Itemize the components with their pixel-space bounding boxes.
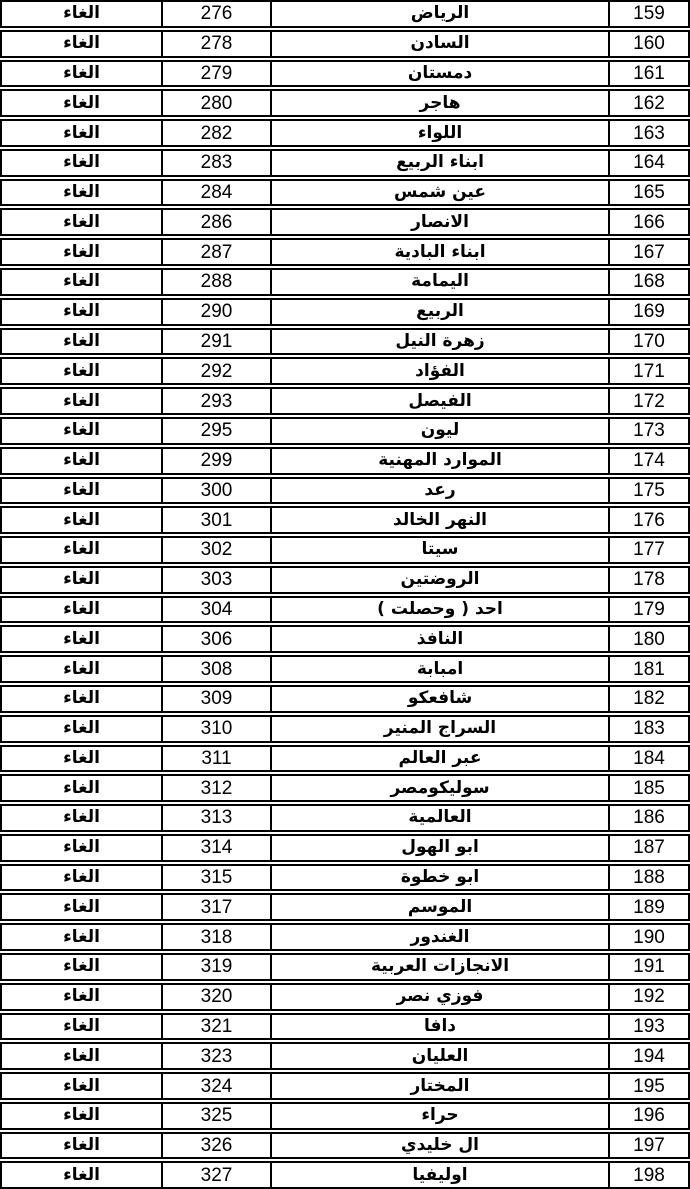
number-cell: 284 [161, 181, 270, 205]
name-cell: ابو خطوة [270, 866, 608, 890]
seq-cell: 197 [608, 1134, 688, 1158]
table-row: الغاء 280 هاجر 162 [0, 89, 690, 117]
seq-cell: 194 [608, 1044, 688, 1068]
name-cell: الغندور [270, 925, 608, 949]
number-cell: 299 [161, 449, 270, 473]
name-cell: العليان [270, 1044, 608, 1068]
status-cell: الغاء [2, 657, 161, 681]
table-row: الغاء 313 العالمية 186 [0, 804, 690, 832]
table-row: الغاء 290 الربيع 169 [0, 298, 690, 326]
seq-cell: 159 [608, 2, 688, 26]
seq-cell: 181 [608, 657, 688, 681]
seq-cell: 170 [608, 330, 688, 354]
table-row: الغاء 320 فوزي نصر 192 [0, 983, 690, 1011]
seq-cell: 180 [608, 627, 688, 651]
seq-cell: 160 [608, 32, 688, 56]
table-row: الغاء 327 اوليفيا 198 [0, 1161, 690, 1189]
name-cell: العالمية [270, 806, 608, 830]
number-cell: 318 [161, 925, 270, 949]
number-cell: 288 [161, 270, 270, 294]
name-cell: السراج المنير [270, 717, 608, 741]
status-cell: الغاء [2, 32, 161, 56]
status-cell: الغاء [2, 955, 161, 979]
seq-cell: 177 [608, 538, 688, 562]
status-cell: الغاء [2, 836, 161, 860]
number-cell: 317 [161, 895, 270, 919]
number-cell: 323 [161, 1044, 270, 1068]
number-cell: 320 [161, 985, 270, 1009]
table-row: الغاء 283 ابناء الربيع 164 [0, 149, 690, 177]
seq-cell: 164 [608, 151, 688, 175]
table-row: الغاء 278 السادن 160 [0, 30, 690, 58]
number-cell: 302 [161, 538, 270, 562]
seq-cell: 195 [608, 1074, 688, 1098]
table-row: الغاء 311 عبر العالم 184 [0, 745, 690, 773]
table-row: الغاء 282 اللواء 163 [0, 119, 690, 147]
number-cell: 319 [161, 955, 270, 979]
status-cell: الغاء [2, 568, 161, 592]
seq-cell: 169 [608, 300, 688, 324]
name-cell: الانصار [270, 210, 608, 234]
status-cell: الغاء [2, 270, 161, 294]
seq-cell: 172 [608, 389, 688, 413]
table-row: الغاء 308 امبابة 181 [0, 655, 690, 683]
name-cell: ال خليدي [270, 1134, 608, 1158]
table-row: الغاء 306 النافذ 180 [0, 625, 690, 653]
cancellation-table: الغاء 276 الرياض 159 الغاء 278 السادن 16… [0, 0, 690, 1189]
number-cell: 303 [161, 568, 270, 592]
table-row: الغاء 303 الروضتين 178 [0, 566, 690, 594]
seq-cell: 163 [608, 121, 688, 145]
name-cell: المختار [270, 1074, 608, 1098]
name-cell: هاجر [270, 91, 608, 115]
table-row: الغاء 284 عين شمس 165 [0, 179, 690, 207]
seq-cell: 174 [608, 449, 688, 473]
status-cell: الغاء [2, 1015, 161, 1039]
status-cell: الغاء [2, 91, 161, 115]
status-cell: الغاء [2, 479, 161, 503]
name-cell: فوزي نصر [270, 985, 608, 1009]
status-cell: الغاء [2, 895, 161, 919]
table-row: الغاء 299 الموارد المهنية 174 [0, 447, 690, 475]
table-row: الغاء 291 زهرة النيل 170 [0, 328, 690, 356]
number-cell: 286 [161, 210, 270, 234]
name-cell: زهرة النيل [270, 330, 608, 354]
table-row: الغاء 300 رعد 175 [0, 477, 690, 505]
seq-cell: 182 [608, 687, 688, 711]
table-row: الغاء 321 دافا 193 [0, 1013, 690, 1041]
name-cell: احد ( وحصلت ) [270, 598, 608, 622]
seq-cell: 187 [608, 836, 688, 860]
number-cell: 301 [161, 508, 270, 532]
number-cell: 291 [161, 330, 270, 354]
number-cell: 293 [161, 389, 270, 413]
status-cell: الغاء [2, 1104, 161, 1128]
name-cell: دافا [270, 1015, 608, 1039]
status-cell: الغاء [2, 181, 161, 205]
name-cell: النافذ [270, 627, 608, 651]
table-row: الغاء 276 الرياض 159 [0, 0, 690, 28]
number-cell: 290 [161, 300, 270, 324]
status-cell: الغاء [2, 747, 161, 771]
seq-cell: 198 [608, 1163, 688, 1187]
name-cell: رعد [270, 479, 608, 503]
name-cell: الروضتين [270, 568, 608, 592]
status-cell: الغاء [2, 508, 161, 532]
number-cell: 312 [161, 776, 270, 800]
table-row: الغاء 295 ليون 173 [0, 417, 690, 445]
name-cell: ابناء الربيع [270, 151, 608, 175]
seq-cell: 193 [608, 1015, 688, 1039]
name-cell: شافعكو [270, 687, 608, 711]
seq-cell: 173 [608, 419, 688, 443]
status-cell: الغاء [2, 598, 161, 622]
name-cell: اللواء [270, 121, 608, 145]
number-cell: 308 [161, 657, 270, 681]
status-cell: الغاء [2, 330, 161, 354]
name-cell: سيتا [270, 538, 608, 562]
table-row: الغاء 310 السراج المنير 183 [0, 715, 690, 743]
table-row: الغاء 301 النهر الخالد 176 [0, 506, 690, 534]
seq-cell: 189 [608, 895, 688, 919]
name-cell: النهر الخالد [270, 508, 608, 532]
status-cell: الغاء [2, 240, 161, 264]
table-row: الغاء 304 احد ( وحصلت ) 179 [0, 596, 690, 624]
table-row: الغاء 286 الانصار 166 [0, 208, 690, 236]
status-cell: الغاء [2, 359, 161, 383]
number-cell: 280 [161, 91, 270, 115]
status-cell: الغاء [2, 300, 161, 324]
table-row: الغاء 292 الفؤاد 171 [0, 357, 690, 385]
status-cell: الغاء [2, 151, 161, 175]
name-cell: ابو الهول [270, 836, 608, 860]
seq-cell: 176 [608, 508, 688, 532]
status-cell: الغاء [2, 985, 161, 1009]
name-cell: الموارد المهنية [270, 449, 608, 473]
table-row: الغاء 317 الموسم 189 [0, 893, 690, 921]
status-cell: الغاء [2, 1134, 161, 1158]
table-row: الغاء 302 سيتا 177 [0, 536, 690, 564]
table-row: الغاء 315 ابو خطوة 188 [0, 864, 690, 892]
status-cell: الغاء [2, 62, 161, 86]
number-cell: 326 [161, 1134, 270, 1158]
seq-cell: 162 [608, 91, 688, 115]
number-cell: 324 [161, 1074, 270, 1098]
table-row: الغاء 312 سوليكومصر 185 [0, 774, 690, 802]
status-cell: الغاء [2, 687, 161, 711]
status-cell: الغاء [2, 538, 161, 562]
status-cell: الغاء [2, 1074, 161, 1098]
name-cell: امبابة [270, 657, 608, 681]
seq-cell: 188 [608, 866, 688, 890]
table-row: الغاء 324 المختار 195 [0, 1072, 690, 1100]
name-cell: سوليكومصر [270, 776, 608, 800]
status-cell: الغاء [2, 806, 161, 830]
number-cell: 278 [161, 32, 270, 56]
name-cell: الانجازات العربية [270, 955, 608, 979]
name-cell: حراء [270, 1104, 608, 1128]
seq-cell: 184 [608, 747, 688, 771]
name-cell: اوليفيا [270, 1163, 608, 1187]
name-cell: الربيع [270, 300, 608, 324]
number-cell: 300 [161, 479, 270, 503]
seq-cell: 178 [608, 568, 688, 592]
number-cell: 292 [161, 359, 270, 383]
seq-cell: 191 [608, 955, 688, 979]
number-cell: 310 [161, 717, 270, 741]
name-cell: الفيصل [270, 389, 608, 413]
status-cell: الغاء [2, 121, 161, 145]
table-row: الغاء 326 ال خليدي 197 [0, 1132, 690, 1160]
number-cell: 325 [161, 1104, 270, 1128]
table-row: الغاء 287 ابناء البادية 167 [0, 238, 690, 266]
seq-cell: 166 [608, 210, 688, 234]
number-cell: 287 [161, 240, 270, 264]
table-row: الغاء 288 اليمامة 168 [0, 268, 690, 296]
number-cell: 327 [161, 1163, 270, 1187]
name-cell: عين شمس [270, 181, 608, 205]
number-cell: 283 [161, 151, 270, 175]
status-cell: الغاء [2, 866, 161, 890]
seq-cell: 190 [608, 925, 688, 949]
seq-cell: 165 [608, 181, 688, 205]
number-cell: 279 [161, 62, 270, 86]
table-row: الغاء 323 العليان 194 [0, 1042, 690, 1070]
seq-cell: 161 [608, 62, 688, 86]
table-row: الغاء 309 شافعكو 182 [0, 685, 690, 713]
seq-cell: 175 [608, 479, 688, 503]
seq-cell: 192 [608, 985, 688, 1009]
name-cell: ابناء البادية [270, 240, 608, 264]
number-cell: 315 [161, 866, 270, 890]
table-row: الغاء 279 دمستان 161 [0, 60, 690, 88]
seq-cell: 168 [608, 270, 688, 294]
seq-cell: 171 [608, 359, 688, 383]
name-cell: السادن [270, 32, 608, 56]
number-cell: 309 [161, 687, 270, 711]
seq-cell: 183 [608, 717, 688, 741]
seq-cell: 186 [608, 806, 688, 830]
number-cell: 282 [161, 121, 270, 145]
name-cell: دمستان [270, 62, 608, 86]
status-cell: الغاء [2, 1163, 161, 1187]
status-cell: الغاء [2, 925, 161, 949]
name-cell: الرياض [270, 2, 608, 26]
status-cell: الغاء [2, 449, 161, 473]
status-cell: الغاء [2, 776, 161, 800]
status-cell: الغاء [2, 210, 161, 234]
table-row: الغاء 314 ابو الهول 187 [0, 834, 690, 862]
number-cell: 276 [161, 2, 270, 26]
number-cell: 306 [161, 627, 270, 651]
status-cell: الغاء [2, 419, 161, 443]
name-cell: اليمامة [270, 270, 608, 294]
status-cell: الغاء [2, 2, 161, 26]
number-cell: 321 [161, 1015, 270, 1039]
seq-cell: 185 [608, 776, 688, 800]
table-row: الغاء 319 الانجازات العربية 191 [0, 953, 690, 981]
number-cell: 304 [161, 598, 270, 622]
name-cell: ليون [270, 419, 608, 443]
number-cell: 314 [161, 836, 270, 860]
number-cell: 311 [161, 747, 270, 771]
status-cell: الغاء [2, 389, 161, 413]
number-cell: 295 [161, 419, 270, 443]
status-cell: الغاء [2, 717, 161, 741]
seq-cell: 179 [608, 598, 688, 622]
table-row: الغاء 318 الغندور 190 [0, 923, 690, 951]
seq-cell: 167 [608, 240, 688, 264]
name-cell: الفؤاد [270, 359, 608, 383]
table-row: الغاء 325 حراء 196 [0, 1102, 690, 1130]
name-cell: الموسم [270, 895, 608, 919]
number-cell: 313 [161, 806, 270, 830]
status-cell: الغاء [2, 1044, 161, 1068]
name-cell: عبر العالم [270, 747, 608, 771]
seq-cell: 196 [608, 1104, 688, 1128]
table-row: الغاء 293 الفيصل 172 [0, 387, 690, 415]
status-cell: الغاء [2, 627, 161, 651]
